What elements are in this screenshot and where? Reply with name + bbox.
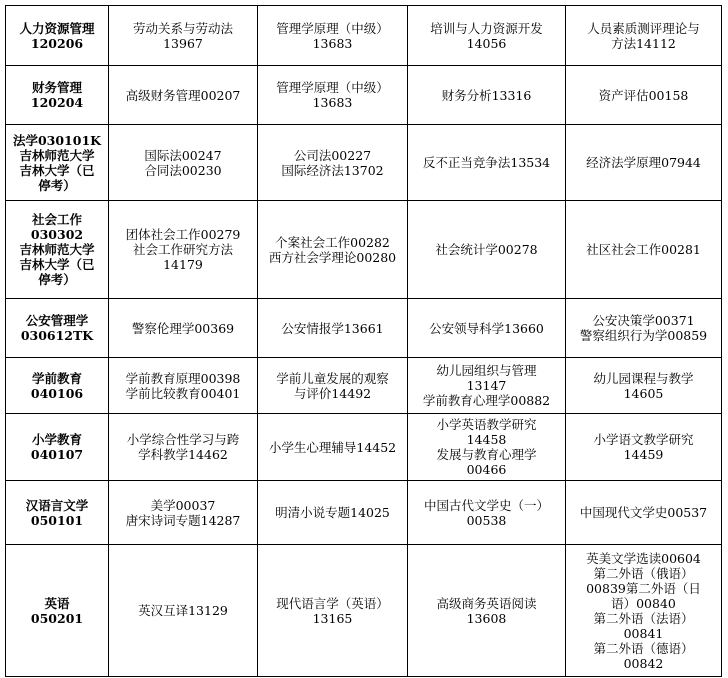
table-row: 公安管理学030612TK警察伦理学00369公安情报学13661公安领导科学1… — [6, 299, 722, 358]
exam-course-table: 人力资源管理120206劳动关系与劳动法13967管理学原理（中级）13683培… — [5, 5, 722, 677]
course-text-line: 学前儿童发展的观察 — [261, 371, 404, 386]
major-cell: 人力资源管理120206 — [6, 6, 109, 66]
course-text-line: 警察伦理学00369 — [112, 321, 254, 336]
course-text-line: 幼儿园课程与教学 — [569, 371, 718, 386]
major-cell: 公安管理学030612TK — [6, 299, 109, 358]
course-cell: 财务分析13316 — [408, 66, 566, 125]
course-text-line: 培训与人力资源开发 — [411, 21, 562, 36]
major-label-line: 吉林师范大学 — [9, 242, 105, 257]
major-label-line: 社会工作 — [9, 212, 105, 227]
course-cell: 高级财务管理00207 — [109, 66, 258, 125]
course-cell: 反不正当竞争法13534 — [408, 125, 566, 201]
major-label-line: 学前教育 — [9, 371, 105, 386]
course-text-line: 资产评估00158 — [569, 88, 718, 103]
course-text-line: 00841 — [569, 626, 718, 641]
major-label-line: 吉林师范大学 — [9, 148, 105, 163]
course-text-line: 幼儿园组织与管理 — [411, 363, 562, 378]
course-text-line: 与评价14492 — [261, 386, 404, 401]
table-row: 小学教育040107小学综合性学习与跨学科教学14462小学生心理辅导14452… — [6, 414, 722, 481]
major-label-line: 吉林大学（已 — [9, 257, 105, 272]
major-label-line: 120204 — [9, 95, 105, 110]
table-row: 学前教育040106学前教育原理00398学前比较教育00401学前儿童发展的观… — [6, 358, 722, 414]
course-text-line: 14459 — [569, 447, 718, 462]
course-cell: 幼儿园组织与管理13147学前教育心理学00882 — [408, 358, 566, 414]
course-text-line: 管理学原理（中级） — [261, 21, 404, 36]
course-text-line: 13683 — [261, 36, 404, 51]
course-text-line: 学前教育心理学00882 — [411, 393, 562, 408]
course-cell: 学前儿童发展的观察与评价14492 — [258, 358, 408, 414]
course-text-line: 13967 — [112, 36, 254, 51]
major-label-line: 汉语言文学 — [9, 498, 105, 513]
course-text-line: 方法14112 — [569, 36, 718, 51]
course-text-line: 国际法00247 — [112, 148, 254, 163]
course-text-line: 13683 — [261, 95, 404, 110]
course-text-line: 财务分析13316 — [411, 88, 562, 103]
major-label-line: 停考） — [9, 272, 105, 287]
course-cell: 资产评估00158 — [566, 66, 722, 125]
course-cell: 明清小说专题14025 — [258, 481, 408, 545]
course-text-line: 现代语言学（英语） — [261, 596, 404, 611]
course-text-line: 合同法00230 — [112, 163, 254, 178]
course-text-line: 中国古代文学史（一） — [411, 498, 562, 513]
course-text-line: 个案社会工作00282 — [261, 235, 404, 250]
course-text-line: 13608 — [411, 611, 562, 626]
course-text-line: 00466 — [411, 462, 562, 477]
course-text-line: 语）00840 — [569, 596, 718, 611]
course-text-line: 13147 — [411, 378, 562, 393]
major-label-line: 公安管理学 — [9, 313, 105, 328]
course-text-line: 美学00037 — [112, 498, 254, 513]
course-text-line: 公司法00227 — [261, 148, 404, 163]
major-label-line: 030302 — [9, 227, 105, 242]
course-text-line: 第二外语（法语） — [569, 611, 718, 626]
major-label-line: 法学030101K — [9, 133, 105, 148]
course-cell: 幼儿园课程与教学14605 — [566, 358, 722, 414]
course-cell: 经济法学原理07944 — [566, 125, 722, 201]
course-cell: 英美文学选读00604第二外语（俄语）00839第二外语（日语）00840第二外… — [566, 545, 722, 677]
course-cell: 中国现代文学史00537 — [566, 481, 722, 545]
course-cell: 美学00037唐宋诗词专题14287 — [109, 481, 258, 545]
course-cell: 中国古代文学史（一）00538 — [408, 481, 566, 545]
course-text-line: 英美文学选读00604 — [569, 551, 718, 566]
major-cell: 社会工作030302吉林师范大学吉林大学（已停考） — [6, 201, 109, 299]
course-text-line: 公安情报学13661 — [261, 321, 404, 336]
course-cell: 小学语文教学研究14459 — [566, 414, 722, 481]
table-row: 英语050201英汉互译13129现代语言学（英语）13165高级商务英语阅读1… — [6, 545, 722, 677]
course-cell: 公安情报学13661 — [258, 299, 408, 358]
course-cell: 高级商务英语阅读13608 — [408, 545, 566, 677]
course-text-line: 小学英语教学研究 — [411, 417, 562, 432]
major-label-line: 040107 — [9, 447, 105, 462]
course-text-line: 00842 — [569, 656, 718, 671]
course-text-line: 社会工作研究方法 — [112, 242, 254, 257]
table-row: 汉语言文学050101美学00037唐宋诗词专题14287明清小说专题14025… — [6, 481, 722, 545]
course-text-line: 社区社会工作00281 — [569, 242, 718, 257]
course-text-line: 中国现代文学史00537 — [569, 505, 718, 520]
course-text-line: 高级财务管理00207 — [112, 88, 254, 103]
major-label-line: 英语 — [9, 596, 105, 611]
course-text-line: 发展与教育心理学 — [411, 447, 562, 462]
major-label-line: 吉林大学（已 — [9, 163, 105, 178]
course-text-line: 14605 — [569, 386, 718, 401]
course-cell: 公安决策学00371警察组织行为学00859 — [566, 299, 722, 358]
course-text-line: 经济法学原理07944 — [569, 155, 718, 170]
course-cell: 小学生心理辅导14452 — [258, 414, 408, 481]
course-text-line: 00839第二外语（日 — [569, 581, 718, 596]
course-cell: 警察伦理学00369 — [109, 299, 258, 358]
course-cell: 公司法00227国际经济法13702 — [258, 125, 408, 201]
course-cell: 现代语言学（英语）13165 — [258, 545, 408, 677]
course-cell: 英汉互译13129 — [109, 545, 258, 677]
course-cell: 个案社会工作00282西方社会学理论00280 — [258, 201, 408, 299]
course-cell: 国际法00247合同法00230 — [109, 125, 258, 201]
course-cell: 培训与人力资源开发14056 — [408, 6, 566, 66]
course-text-line: 公安领导科学13660 — [411, 321, 562, 336]
course-text-line: 西方社会学理论00280 — [261, 250, 404, 265]
course-cell: 小学综合性学习与跨学科教学14462 — [109, 414, 258, 481]
major-label-line: 小学教育 — [9, 432, 105, 447]
major-label-line: 030612TK — [9, 328, 105, 343]
major-label-line: 040106 — [9, 386, 105, 401]
course-text-line: 第二外语（俄语） — [569, 566, 718, 581]
course-cell: 管理学原理（中级）13683 — [258, 6, 408, 66]
table-body: 人力资源管理120206劳动关系与劳动法13967管理学原理（中级）13683培… — [6, 6, 722, 677]
course-text-line: 人员素质测评理论与 — [569, 21, 718, 36]
major-label-line: 050101 — [9, 513, 105, 528]
major-cell: 小学教育040107 — [6, 414, 109, 481]
course-text-line: 英汉互译13129 — [112, 603, 254, 618]
course-cell: 团体社会工作00279社会工作研究方法14179 — [109, 201, 258, 299]
course-text-line: 14056 — [411, 36, 562, 51]
course-text-line: 14179 — [112, 257, 254, 272]
course-text-line: 学前教育原理00398 — [112, 371, 254, 386]
table-row: 财务管理120204高级财务管理00207管理学原理（中级）13683财务分析1… — [6, 66, 722, 125]
course-text-line: 高级商务英语阅读 — [411, 596, 562, 611]
course-text-line: 管理学原理（中级） — [261, 80, 404, 95]
course-cell: 劳动关系与劳动法13967 — [109, 6, 258, 66]
course-cell: 公安领导科学13660 — [408, 299, 566, 358]
course-text-line: 学科教学14462 — [112, 447, 254, 462]
course-text-line: 唐宋诗词专题14287 — [112, 513, 254, 528]
major-label-line: 财务管理 — [9, 80, 105, 95]
course-text-line: 小学综合性学习与跨 — [112, 432, 254, 447]
major-label-line: 050201 — [9, 611, 105, 626]
major-cell: 法学030101K吉林师范大学吉林大学（已停考） — [6, 125, 109, 201]
course-text-line: 第二外语（德语） — [569, 641, 718, 656]
course-cell: 小学英语教学研究14458发展与教育心理学00466 — [408, 414, 566, 481]
course-text-line: 国际经济法13702 — [261, 163, 404, 178]
course-text-line: 学前比较教育00401 — [112, 386, 254, 401]
table-row: 社会工作030302吉林师范大学吉林大学（已停考）团体社会工作00279社会工作… — [6, 201, 722, 299]
table-row: 人力资源管理120206劳动关系与劳动法13967管理学原理（中级）13683培… — [6, 6, 722, 66]
course-text-line: 反不正当竞争法13534 — [411, 155, 562, 170]
course-text-line: 13165 — [261, 611, 404, 626]
course-text-line: 14458 — [411, 432, 562, 447]
course-cell: 社会统计学00278 — [408, 201, 566, 299]
course-text-line: 小学语文教学研究 — [569, 432, 718, 447]
major-cell: 汉语言文学050101 — [6, 481, 109, 545]
course-cell: 社区社会工作00281 — [566, 201, 722, 299]
major-cell: 英语050201 — [6, 545, 109, 677]
course-text-line: 00538 — [411, 513, 562, 528]
course-text-line: 团体社会工作00279 — [112, 227, 254, 242]
major-cell: 学前教育040106 — [6, 358, 109, 414]
table-row: 法学030101K吉林师范大学吉林大学（已停考）国际法00247合同法00230… — [6, 125, 722, 201]
major-label-line: 120206 — [9, 36, 105, 51]
major-label-line: 停考） — [9, 178, 105, 193]
course-cell: 人员素质测评理论与方法14112 — [566, 6, 722, 66]
course-text-line: 小学生心理辅导14452 — [261, 440, 404, 455]
course-text-line: 明清小说专题14025 — [261, 505, 404, 520]
course-text-line: 公安决策学00371 — [569, 313, 718, 328]
course-text-line: 社会统计学00278 — [411, 242, 562, 257]
course-cell: 管理学原理（中级）13683 — [258, 66, 408, 125]
major-label-line: 人力资源管理 — [9, 21, 105, 36]
course-text-line: 警察组织行为学00859 — [569, 328, 718, 343]
course-text-line: 劳动关系与劳动法 — [112, 21, 254, 36]
course-cell: 学前教育原理00398学前比较教育00401 — [109, 358, 258, 414]
major-cell: 财务管理120204 — [6, 66, 109, 125]
